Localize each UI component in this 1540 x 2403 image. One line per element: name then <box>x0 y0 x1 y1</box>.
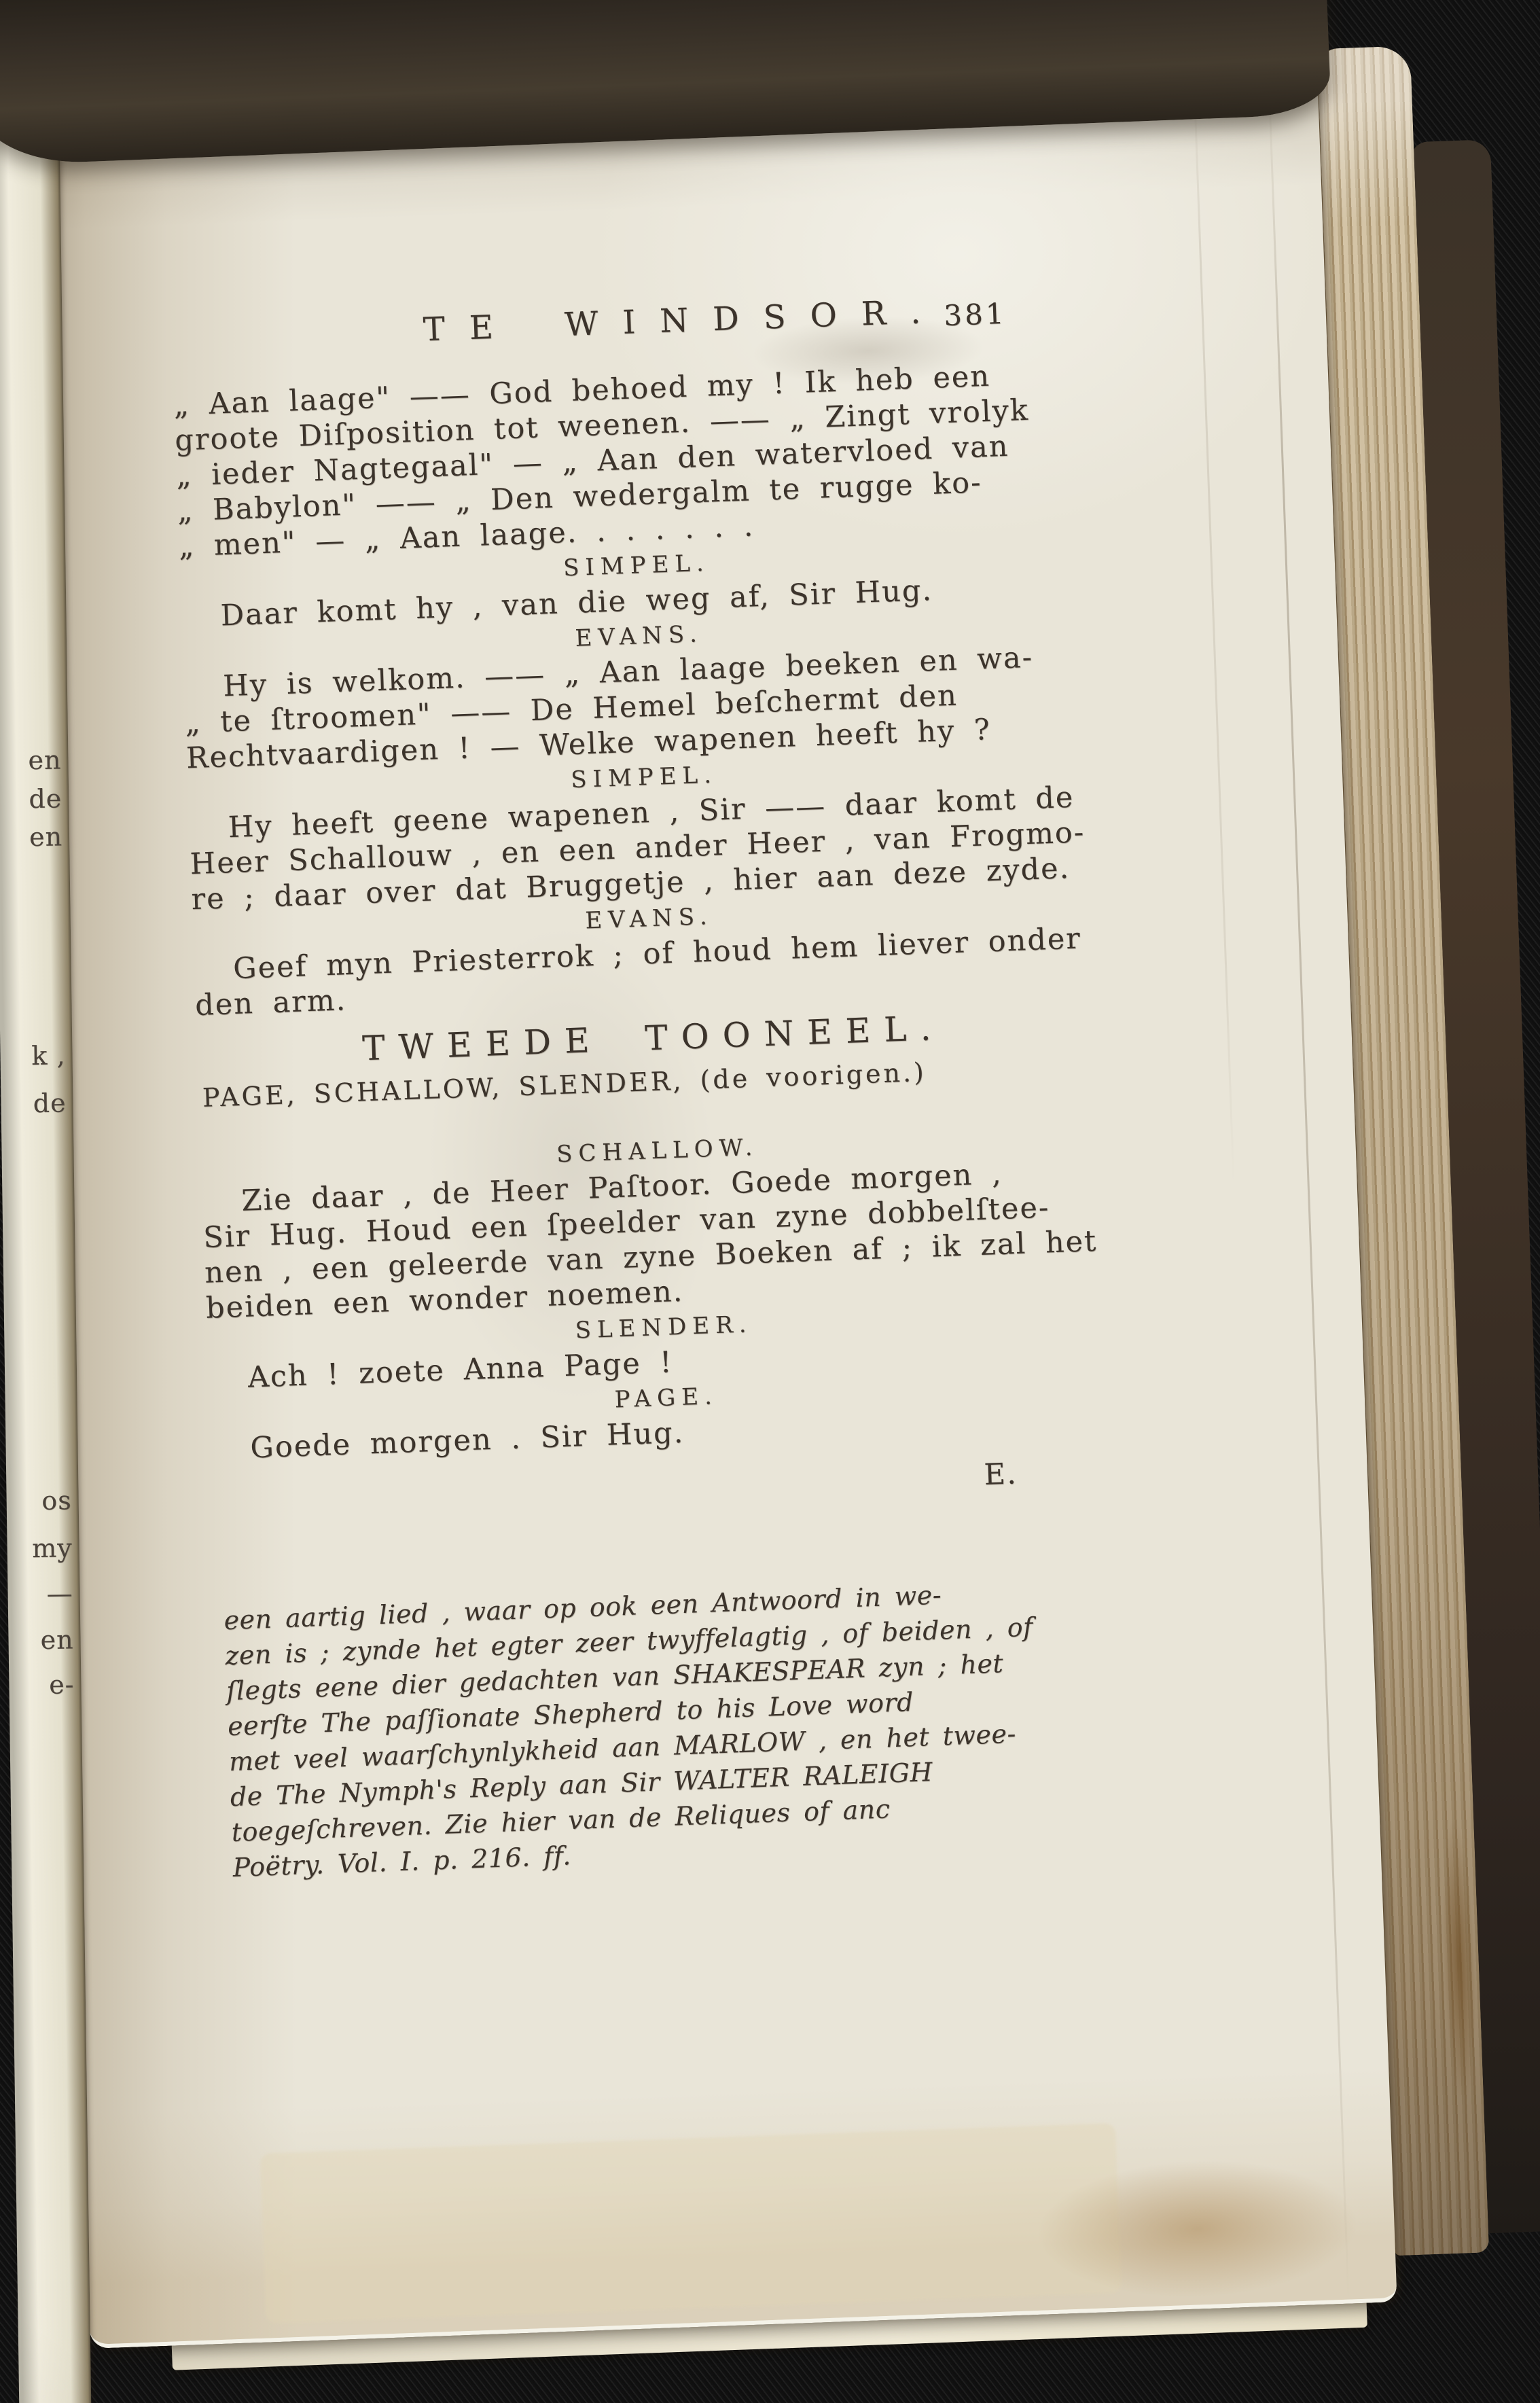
margin-fragment: e- <box>49 1669 75 1700</box>
margin-fragment: en <box>40 1624 74 1655</box>
catchword: E. <box>212 1453 1126 1520</box>
margin-fragment: — <box>46 1578 73 1609</box>
margin-fragment: my <box>32 1533 73 1563</box>
margin-fragment: os <box>41 1485 72 1516</box>
margin-fragment: de <box>33 1088 66 1118</box>
page-number: 381 <box>944 297 1007 332</box>
book-page: TE WINDSOR. 381 „ Aan laage" —— God beho… <box>10 63 1397 2349</box>
margin-fragment: en <box>28 745 62 775</box>
body-lines: „ Aan laage" —— God behoed my ! Ik heb e… <box>173 355 1125 1467</box>
margin-fragment: de <box>29 783 62 814</box>
page-stain <box>260 2123 1122 2324</box>
page-crease <box>1193 67 1235 1185</box>
margin-fragment: en <box>29 821 63 852</box>
margin-fragment: k , <box>31 1040 66 1071</box>
footnote: een aartig lied , waar op ook een Antwoo… <box>217 1571 1140 1886</box>
photo-background: endeenk ,deosmy—ene- TE WINDSOR. 381 „ A… <box>0 0 1540 2403</box>
running-title: TE WINDSOR. <box>18 279 1326 363</box>
play-text: „ Aan laage" —— God behoed my ! Ik heb e… <box>173 355 1140 1886</box>
page-stain <box>1035 2155 1359 2302</box>
book: TE WINDSOR. 381 „ Aan laage" —— God beho… <box>0 39 1538 2400</box>
